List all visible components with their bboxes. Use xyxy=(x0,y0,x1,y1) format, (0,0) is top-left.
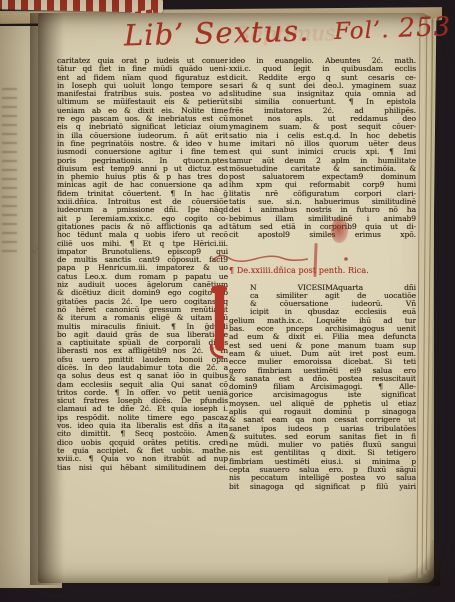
text-line: icipit in qbusdaz ecclesiis euā xyxy=(229,308,416,316)
text-line: dam ecclesiis sequit alia Qui sanat cō xyxy=(57,381,228,389)
text-line: ihm xpm qui reformabit corp9 humi xyxy=(229,181,416,189)
text-line: papa p Henricum.iii. impatorez & uo xyxy=(57,264,228,272)
text-line: in phemio huius ptis & p has tres do xyxy=(57,173,228,181)
text-line: sanet ipos iudeos p uarias tribulatōes xyxy=(229,425,416,433)
text-line: tatis sue. si.n. habuerimus similitudinē xyxy=(229,198,416,206)
text-line: hoc tēdunt mala q uobis ifero ut recō xyxy=(57,231,228,239)
initial-letter-value: I xyxy=(211,285,212,286)
text-line: sibi similia conuertunt. ¶ In epistola xyxy=(229,98,416,106)
text-line: N VICESIMAquarta dñi xyxy=(229,284,416,292)
text-line: xviii.c. ¶ Quia vo non itrabūt ad nup xyxy=(57,455,228,463)
text-line: ultimum se mūifestauit eis & petierūt xyxy=(57,98,228,106)
text-line: niz audiuit uoces āgelorum canētium xyxy=(57,281,228,289)
text-line: gitatōes pacis 2ć. Ipe uero cogitans q xyxy=(57,298,228,306)
text-line: est sed ueni & pone manum tuam sup xyxy=(229,342,416,350)
text-line: nis est gentilitas q dixit. Si tetigero xyxy=(229,449,416,457)
initial-tail-flourish xyxy=(208,344,225,359)
text-line: tamur aūt deum 2 aplm in humilitate xyxy=(229,157,416,165)
text-line: bas. ecce pnceps archisimagogus uenit xyxy=(229,325,416,333)
text-line: est qui sunt inimici crucis xpi. ¶ Imi xyxy=(229,148,416,156)
text-line: in fine pegrinatōis nostre. & ideo v hu xyxy=(57,140,228,148)
folio-label: Fol’. xyxy=(334,17,390,45)
text-line: diuisum est temp9 anni p ut dictuz est xyxy=(57,165,228,173)
red-ink-blot xyxy=(331,218,348,243)
text-line: & dicētiuz dicit domin9 ego cogito co xyxy=(57,289,228,297)
text-line: xxiii.dñica. Introitus est de cōuersiōe xyxy=(57,198,228,206)
text-line: re ego pascam uos. & inebriatus est cū xyxy=(57,115,228,123)
chapter-opening-paragraph: I N VICESIMAquarta dñica similiter agit … xyxy=(229,284,416,491)
text-line: liberasti nos ex affligētib9 nos 2ć. ¶ I… xyxy=(57,347,228,355)
facing-page-showthrough-text xyxy=(2,88,17,258)
text-line: dei i animabus nostris in futuro nō ha xyxy=(229,206,416,214)
text-line: tias nisi qui hēbant similitudinem dei. xyxy=(57,464,228,472)
text-line: gorice arcisimagogus iste significat xyxy=(229,391,416,399)
text-line: monet nos apls. ut reddamus deo xyxy=(229,115,416,123)
text-line: & sanat eam qa non cessat corrigere ut xyxy=(229,416,416,424)
text-line: tātur qd fiet in fine mūdi quādo ueni- xyxy=(57,65,228,73)
folio-value: 253 xyxy=(398,12,452,44)
text-line: gitationes pacis & nō afflictionis qa ad xyxy=(57,223,228,231)
left-text-column: caritatez quia orat p iudeis ut conuertā… xyxy=(57,57,228,472)
text-line: dicit. Reddite ergo q sunt cesaris ce- xyxy=(229,74,416,82)
folio-number: Fol’.253 xyxy=(334,12,452,46)
bottom-corner-curl xyxy=(388,540,440,586)
text-line: ideo in euangelio. Abeuntes 2ć. math. xyxy=(229,57,416,65)
text-line: bo agit dauid grās de sua liberatione xyxy=(57,331,228,339)
text-line: ait p Ieremiam.xxix.c. ego cogito co- xyxy=(57,215,228,223)
text-line: bit sinagoga qd significat p filū yairi xyxy=(229,483,416,491)
text-line: clamaui ad te dñe 2ć. Et quia ioseph i. xyxy=(57,405,228,413)
text-line: ca similiter agit de uocatiōe xyxy=(229,292,416,300)
text-line: cito dimittit. ¶ Secq postcōio. Amen xyxy=(57,430,228,438)
text-line: cepta suauero salua ero. p fluxū sāguī xyxy=(229,466,416,474)
text-line: iusmodi conuersione agitur i fine tem xyxy=(57,148,228,156)
text-line: a captiuitate spūali de corporali dicēs xyxy=(57,339,228,347)
red-wavy-underline xyxy=(208,250,354,266)
text-line: de multis sanctis cant9 cōposuit. fact9 xyxy=(57,256,228,264)
text-line: te quia accipiet. & fiet uobis. mathe. xyxy=(57,447,228,455)
text-line: bebimus illam similitudinē i animab9 xyxy=(229,215,416,223)
right-column-block2: gelium math.ix.c. Loquēte ihū ad turbas.… xyxy=(229,317,416,491)
ink-offset-ghost-text: Septimus xyxy=(236,21,336,47)
text-line: eis q inebriatō significat leticiaz oium xyxy=(57,123,228,131)
text-line: ent ad fidem nīam quod figuratuz est xyxy=(57,74,228,82)
text-line: & iterum a romanis eligē & uitam cū xyxy=(57,314,228,322)
text-line: manifestai fratribus suis. postea vo ad xyxy=(57,90,228,98)
right-column-block1: ideo in euangelio. Abeuntes 2ć. math.xxi… xyxy=(229,57,416,240)
text-line: satio nia i celis est.q.d. In hoc debeti… xyxy=(229,132,416,140)
text-line: sicut fratres Ioseph dicēs. De pfundis xyxy=(57,397,228,405)
text-line: aplis qui rogauit dominū p sinagoga xyxy=(229,408,416,416)
text-line: post saluatorem expectam9 dominum xyxy=(229,173,416,181)
text-line: ne mūdi. mulier vo patiēs fluxū sangui xyxy=(229,441,416,449)
text-line: ad eum & dixit ei. Filia mea defuncta xyxy=(229,333,416,341)
text-line: tritos corde. ¶ In offer. vo petit ueniā xyxy=(57,389,228,397)
text-line: in illa cōuersione iudeorum. ñ aūt erit xyxy=(57,132,228,140)
text-line: poris pegrinationis. In qtuor.n.ptes xyxy=(57,157,228,165)
text-line: slitudine sua insignitaz quia omnia ad xyxy=(229,90,416,98)
text-line: caritatez quia orat p iudeis ut conuer xyxy=(57,57,228,65)
text-line: tātum sed etiā in corporib9 quia ut di- xyxy=(229,223,416,231)
text-line: mōsuetudine caritate & sanctimōia. & xyxy=(229,165,416,173)
text-line: in Ioseph qui uoluit longo tempore se xyxy=(57,82,228,90)
text-line: dico uobis qcquid orātes petitis. credi xyxy=(57,439,228,447)
text-line: eam & uiuet. Dum aūt iret post eum. xyxy=(229,350,416,358)
text-line: ecce mulier emoroissa dicebat. Si teti xyxy=(229,358,416,366)
text-line: minicas agit de hac conuersione qa ad xyxy=(57,181,228,189)
text-line: & sanata est a dño. postea resuscitauit xyxy=(229,375,416,383)
text-line: dicēs. In deo laudabimur tota die 2ć. a xyxy=(57,364,228,372)
text-line: domin9 filiam Arcisimagogi. ¶ Alle- xyxy=(229,383,416,391)
text-line: cit apostol9 similes erimus xpō. xyxy=(229,231,416,239)
text-line: litatis nrē cōfiguratum corpori clari- xyxy=(229,190,416,198)
text-line: gero fimbriam uestimēti ei9 salua ero xyxy=(229,367,416,375)
text-line: multis miraculis finiuit. ¶ In ḡduali xyxy=(57,323,228,331)
text-line: xxii.c. quod legit in quibusdam ecclis xyxy=(229,65,416,73)
text-line: iudeorum a pmissione dñi. Ipe nāqd xyxy=(57,206,228,214)
indented-lines: N VICESIMAquarta dñica similiter agit de… xyxy=(229,284,416,317)
text-line: & suitutes. sed eorum sanitas fiet in fi xyxy=(229,433,416,441)
right-text-column: ideo in euangelio. Abeuntes 2ć. math.xxi… xyxy=(229,57,416,491)
text-line: nis peccatum intelligē postea vo salua xyxy=(229,474,416,482)
text-line: nō hēret canonicū gressum renūtiauit xyxy=(57,306,228,314)
text-line: catus Leo.x. dum romam p papatu ue xyxy=(57,273,228,281)
text-line: vos. ideo quia ita liberalis est dñs a i… xyxy=(57,422,228,430)
text-line: moysen. uel aliquē de pphetis ul etiaz xyxy=(229,400,416,408)
initial-stem xyxy=(215,287,224,351)
text-line: me imitari nō illos quorum uēter deus xyxy=(229,140,416,148)
lombard-initial-I: I xyxy=(211,285,227,357)
text-line: ofsu uero pmittit laudem bonoii opm xyxy=(57,356,228,364)
text-line: & cōuersatione iudeorū. Vñ xyxy=(229,300,416,308)
text-line: ueniam ab eo & dixit eis. Nolite time xyxy=(57,107,228,115)
book-photo: Lib’ Sextus. Septimus Fol’.253 caritatez… xyxy=(0,0,455,602)
text-line: fidem trinitat cōuertent. ¶ In hac ḡ xyxy=(57,190,228,198)
text-line: impator Brunotuliens. episcop9 qui xyxy=(57,248,228,256)
text-line: ymaginem suam. & post sequit cōuer- xyxy=(229,123,416,131)
text-line: ips respōdit. nolite timere ego pascaz xyxy=(57,414,228,422)
chapter-rubric: ¶ De.xxiiii.dñica post penth. Rica. xyxy=(229,266,416,276)
text-line: frēs imitatores 2ć. ad philipēs. xyxy=(229,107,416,115)
text-line: sari & q sunt dei deo.l. ymaginem suaz xyxy=(229,82,416,90)
text-line: gelium math.ix.c. Loquēte ihū ad tur xyxy=(229,317,416,325)
text-line: qa solus deus est q sanat iōo in quibus xyxy=(57,372,228,380)
text-line: fimbriam uestimēti eius.i. si minima p xyxy=(229,458,416,466)
text-line: ciliē uos mihi. ¶ Et q tpe Hērici.iii. xyxy=(57,240,228,248)
